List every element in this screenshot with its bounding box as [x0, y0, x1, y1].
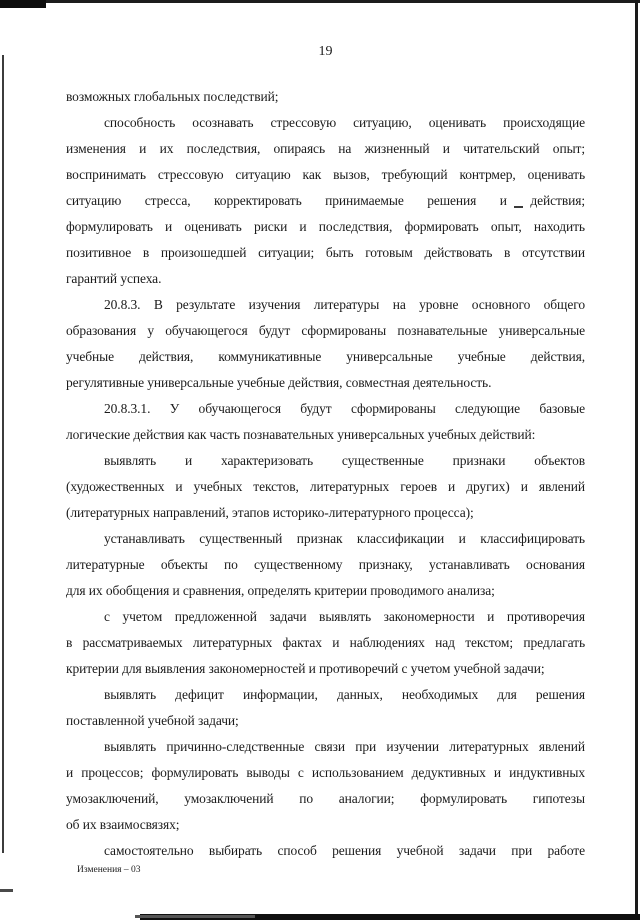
text-line: литературные объекты по существенному пр… [66, 552, 585, 578]
document-body: возможных глобальных последствий;способн… [66, 84, 585, 864]
text-line: самостоятельно выбирать способ решения у… [66, 838, 585, 864]
text-line: воспринимать стрессовую ситуацию как выз… [66, 162, 585, 188]
text-line: для их обобщения и сравнения, определять… [66, 578, 585, 604]
text-line: критерии для выявления закономерностей и… [66, 656, 585, 682]
text-line: регулятивные универсальные учебные дейст… [66, 370, 585, 396]
text-line: (литературных направлений, этапов истори… [66, 500, 585, 526]
text-line: выявлять и характеризовать существенные … [66, 448, 585, 474]
text-line: поставленной учебной задачи; [66, 708, 585, 734]
text-line: 20.8.3.1. У обучающегося будут сформиров… [66, 396, 585, 422]
footer-revision-label: Изменения – 03 [77, 864, 141, 876]
text-line: устанавливать существенный признак класс… [66, 526, 585, 552]
text-line: и процессов; формулировать выводы с испо… [66, 760, 585, 786]
text-line: об их взаимосвязях; [66, 812, 585, 838]
text-line: позитивное в произошедшей ситуации; быть… [66, 240, 585, 266]
text-line: учебные действия, коммуникативные универ… [66, 344, 585, 370]
text-line: в рассматриваемых литературных фактах и … [66, 630, 585, 656]
text-line: 20.8.3. В результате изучения литературы… [66, 292, 585, 318]
document-page: 19 возможных глобальных последствий;спос… [0, 0, 640, 920]
scan-border-left [2, 55, 4, 853]
scan-border-top [0, 0, 640, 3]
scan-border-right [635, 0, 638, 920]
text-line: выявлять дефицит информации, данных, нео… [66, 682, 585, 708]
text-line: гарантий успеха. [66, 266, 585, 292]
text-line: логические действия как часть познавател… [66, 422, 585, 448]
text-line: (художественных и учебных текстов, литер… [66, 474, 585, 500]
page-number: 19 [66, 44, 585, 60]
scan-border-top-left-corner [0, 0, 46, 8]
text-line: возможных глобальных последствий; [66, 84, 585, 110]
text-line: изменения и их последствия, опираясь на … [66, 136, 585, 162]
text-line: способность осознавать стрессовую ситуац… [66, 110, 585, 136]
text-line: образования у обучающегося будут сформир… [66, 318, 585, 344]
text-line: выявлять причинно-следственные связи при… [66, 734, 585, 760]
scan-border-bottom-fade [135, 915, 255, 918]
text-line: умозаключений, умозаключений по аналогии… [66, 786, 585, 812]
text-line: с учетом предложенной задачи выявлять за… [66, 604, 585, 630]
scan-artifact-left-tick [0, 889, 13, 892]
text-line: формулировать и оценивать риски и послед… [66, 214, 585, 240]
text-line: ситуацию стресса, корректировать принима… [66, 188, 585, 214]
